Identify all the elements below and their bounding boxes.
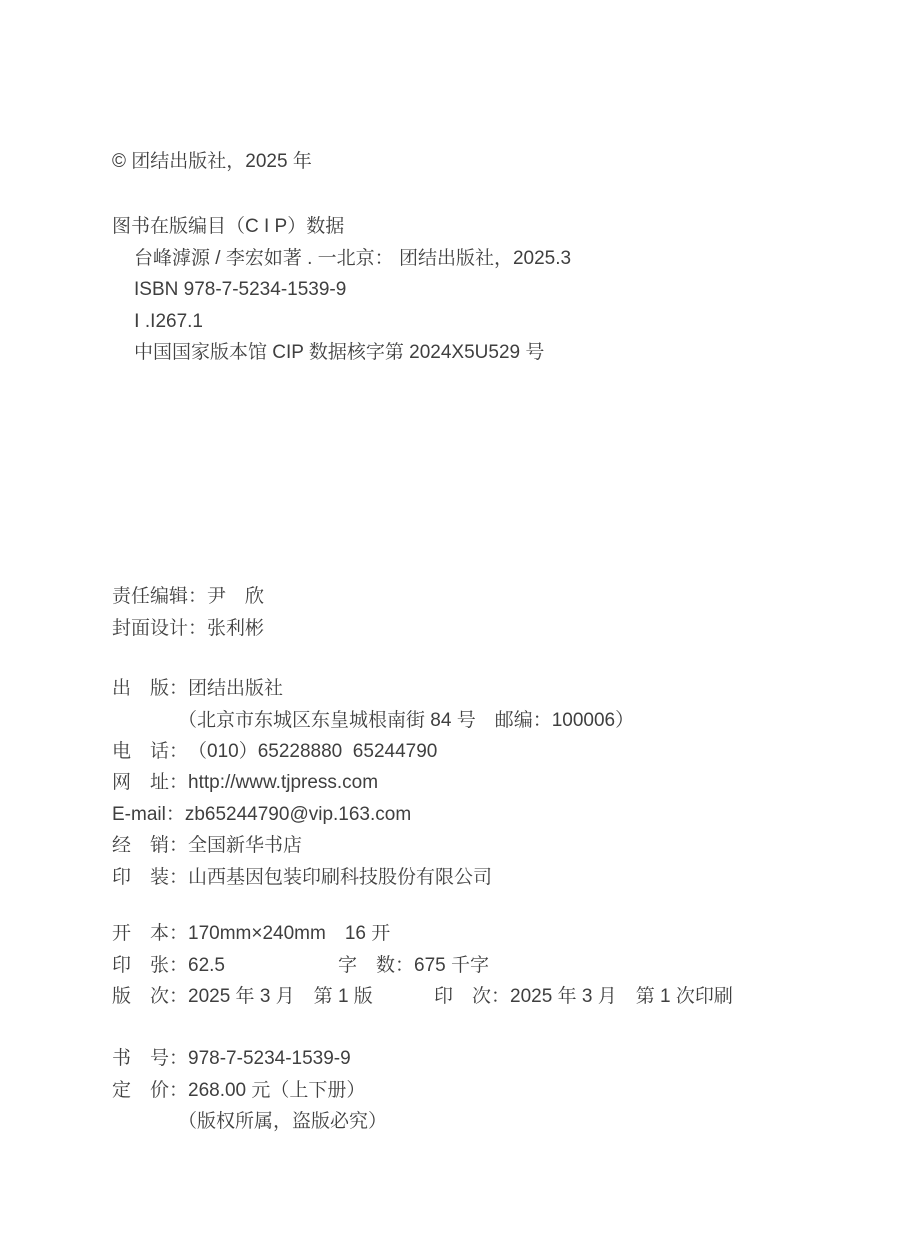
cip-classification-line: Ⅰ .I267.1 [112,306,840,337]
sheets-words-row: 印 张： 62.5 字 数： 675 千字 [112,950,840,981]
format-value: 170mm×240mm 16 开 [188,918,390,949]
website-url: http://www.tjpress.com [188,767,378,798]
editor-label: 责任编辑： [112,581,207,612]
book-number-value: 978-7-5234-1539-9 [188,1043,351,1074]
printer-row: 印 装： 山西基因包装印刷科技股份有限公司 [112,862,840,893]
edition-impression-row: 版 次： 2025 年 3 月 第 1 版 印 次： 2025 年 3 月 第 … [112,981,840,1012]
format-row: 开 本： 170mm×240mm 16 开 [112,918,840,949]
phone-numbers: （010）65228880 65244790 [188,736,437,767]
distributor-row: 经 销： 全国新华书店 [112,830,840,861]
cip-heading: 图书在版编目（C I P）数据 [112,211,840,242]
impression-value: 2025 年 3 月 第 1 次印刷 [510,981,733,1012]
publisher-row: 出 版： 团结出版社 [112,673,840,704]
price-value: 268.00 元（上下册） [188,1075,365,1106]
publication-block: 出 版： 团结出版社 （北京市东城区东皇城根南街 84 号 邮编：100006）… [112,673,840,893]
phone-label: 电 话： [112,736,188,767]
publisher-address-line: （北京市东城区东皇城根南街 84 号 邮编：100006） [112,705,840,736]
price-label: 定 价： [112,1075,188,1106]
cip-isbn-line: ISBN 978-7-5234-1539-9 [112,274,840,305]
cover-designer-row: 封面设计： 张利彬 [112,613,840,644]
book-number-row: 书 号： 978-7-5234-1539-9 [112,1043,840,1074]
words-label: 字 数： [338,950,414,981]
cip-title-author-line: 台峰滹源 / 李宏如著 . 一北京： 团结出版社，2025.3 [112,243,840,274]
impression-label: 印 次： [434,981,510,1012]
email-label: E-mail： [112,799,185,830]
staff-block: 责任编辑： 尹 欣 封面设计： 张利彬 [112,581,840,644]
editor-row: 责任编辑： 尹 欣 [112,581,840,612]
format-label: 开 本： [112,918,188,949]
cip-block: 图书在版编目（C I P）数据 台峰滹源 / 李宏如著 . 一北京： 团结出版社… [112,211,840,368]
printer-label: 印 装： [112,862,188,893]
cover-designer-label: 封面设计： [112,613,207,644]
phone-row: 电 话： （010）65228880 65244790 [112,736,840,767]
specs-block: 开 本： 170mm×240mm 16 开 印 张： 62.5 字 数： 675… [112,918,840,1012]
distributor-name: 全国新华书店 [188,830,302,861]
colophon-page: © 团结出版社，2025 年 图书在版编目（C I P）数据 台峰滹源 / 李宏… [0,0,900,1138]
cover-designer-name: 张利彬 [207,613,264,644]
website-row: 网 址： http://www.tjpress.com [112,767,840,798]
cip-record-number-line: 中国国家版本馆 CIP 数据核字第 2024X5U529 号 [112,337,840,368]
sheets-label: 印 张： [112,950,188,981]
printer-name: 山西基因包装印刷科技股份有限公司 [188,862,492,893]
editor-name: 尹 欣 [207,581,264,612]
email-row: E-mail： zb65244790@vip.163.com [112,799,840,830]
edition-value: 2025 年 3 月 第 1 版 [188,981,434,1012]
price-row: 定 价： 268.00 元（上下册） [112,1075,840,1106]
publisher-name: 团结出版社 [188,673,283,704]
email-address: zb65244790@vip.163.com [185,799,411,830]
copyright-notice: © 团结出版社，2025 年 [112,146,840,177]
publisher-label: 出 版： [112,673,188,704]
distributor-label: 经 销： [112,830,188,861]
sheets-value: 62.5 [188,950,338,981]
pricing-block: 书 号： 978-7-5234-1539-9 定 价： 268.00 元（上下册… [112,1043,840,1137]
website-label: 网 址： [112,767,188,798]
words-value: 675 千字 [414,950,489,981]
edition-label: 版 次： [112,981,188,1012]
book-number-label: 书 号： [112,1043,188,1074]
copyright-warning-line: （版权所属，盗版必究） [112,1106,840,1137]
